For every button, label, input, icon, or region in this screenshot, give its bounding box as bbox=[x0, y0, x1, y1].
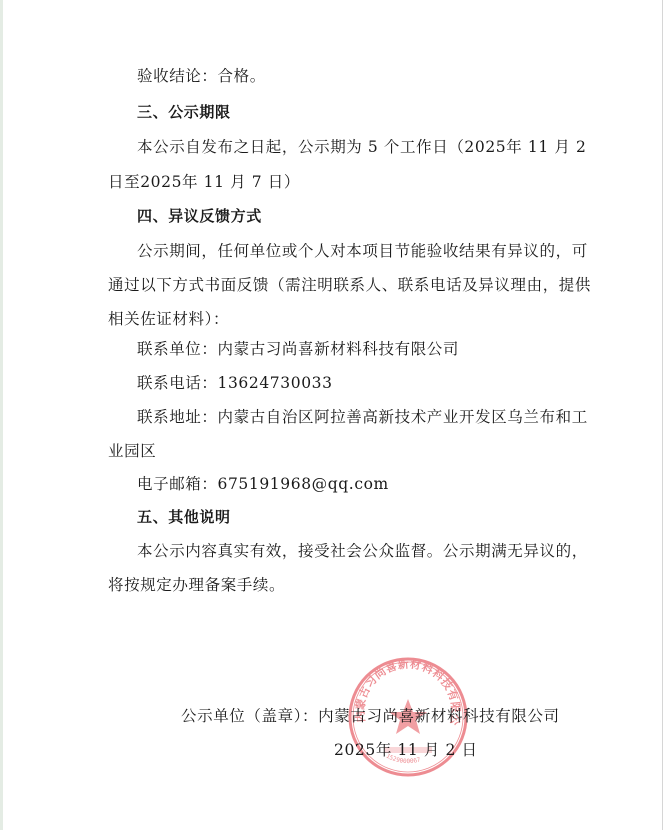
section-4-paragraph-line-2: 通过以下方式书面反馈（需注明联系人、联系电话及异议理由，提供 bbox=[108, 275, 591, 295]
section-4-paragraph-line-1: 公示期间，任何单位或个人对本项目节能验收结果有异议的，可 bbox=[137, 241, 588, 261]
section-4-title: 四、异议反馈方式 bbox=[137, 206, 262, 226]
contact-email: 电子邮箱：675191968@qq.com bbox=[137, 474, 389, 494]
issue-date: 2025年 11 月 2 日 bbox=[334, 740, 478, 760]
page-left-edge bbox=[0, 0, 3, 830]
issuer-signature-line: 公示单位（盖章）：内蒙古习尚喜新材料科技有限公司 bbox=[181, 706, 560, 726]
contact-address-line-2: 业园区 bbox=[108, 441, 156, 461]
section-5-title: 五、其他说明 bbox=[137, 507, 231, 527]
contact-phone: 联系电话：13624730033 bbox=[137, 373, 333, 393]
contact-address-line-1: 联系地址：内蒙古自治区阿拉善高新技术产业开发区乌兰布和工 bbox=[137, 407, 588, 427]
section-3-paragraph-line-1: 本公示自发布之日起，公示期为 5 个工作日（2025年 11 月 2 bbox=[137, 137, 586, 157]
page-right-edge bbox=[662, 0, 663, 830]
section-3-paragraph-line-2: 日至2025年 11 月 7 日） bbox=[108, 172, 300, 192]
section-4-paragraph-line-3: 相关佐证材料）： bbox=[108, 309, 229, 329]
acceptance-conclusion: 验收结论：合格。 bbox=[137, 66, 266, 86]
section-5-paragraph-line-2: 将按规定办理备案手续。 bbox=[108, 575, 285, 595]
section-3-title: 三、公示期限 bbox=[137, 102, 231, 122]
section-5-paragraph-line-1: 本公示内容真实有效，接受社会公众监督。公示期满无异议的， bbox=[137, 541, 588, 561]
contact-unit: 联系单位：内蒙古习尚喜新材料科技有限公司 bbox=[137, 339, 459, 359]
document-page: 验收结论：合格。 三、公示期限 本公示自发布之日起，公示期为 5 个工作日（20… bbox=[0, 0, 670, 830]
